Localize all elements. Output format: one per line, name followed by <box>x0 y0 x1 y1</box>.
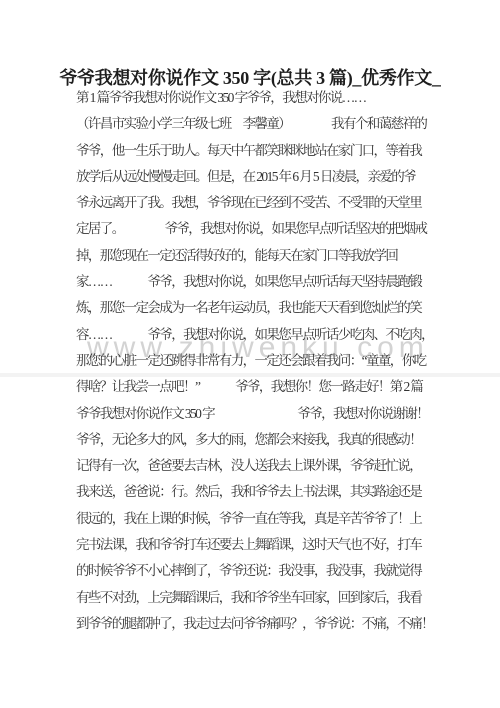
essay-title: 爷爷我想对你说作文 350 字(总共 3 篇)_优秀作文_ <box>0 64 500 90</box>
body-text-line: 掉，那您现在一定还活得好好的，能每天在家门口等我放学回 <box>76 243 428 269</box>
body-text-line: 完书法课，我和爷爷打车还要去上舞蹈课，这时天气也不好，打车 <box>76 532 428 558</box>
body-text-line: 记得有一次，爸爸要去吉林，没人送我去上课外课，爷爷赶忙说， <box>76 453 428 479</box>
body-text-line: 得啥？让我尝一点吧！” 爷爷，我想你！您一路走好！第 2 篇 <box>76 374 428 400</box>
body-text-line: 放学后从远处慢慢走回。但是，在 2015 年 6 月 5 日凌晨，亲爱的爷 <box>76 164 428 190</box>
document-page: www.zhiwenku.com 爷爷我想对你说作文 350 字(总共 3 篇)… <box>0 0 500 708</box>
essay-body: 第 1 篇爷爷我想对你说作文 350 字爷爷，我想对你说……（许昌市实验小学三年… <box>76 85 428 637</box>
body-text-line: 的时候爷爷不小心摔倒了，爷爷还说：我没事，我没事，我就觉得 <box>76 558 428 584</box>
body-text-line: 有些不对劲，上完舞蹈课后，我和爷爷坐车回家，回到家后，我看 <box>76 585 428 611</box>
body-text-line: 爷永远离开了我。我想，爷爷现在已经到不受苦、不受罪的天堂里 <box>76 190 428 216</box>
body-text-line: 炼，那您一定会成为一名老年运动员，我也能天天看到您灿烂的笑 <box>76 295 428 321</box>
body-text-line: 定居了。 爷爷，我想对你说，如果您早点听话坚决的把烟戒 <box>76 216 428 242</box>
body-text-line: 到爷爷的腿都肿了，我走过去问爷爷痛吗？，爷爷说：不痛，不痛！ <box>76 611 428 637</box>
body-text-line: 我来送，爸爸说：行。然后，我和爷爷去上书法课，其实路途还是 <box>76 479 428 505</box>
body-text-line: 爷爷我想对你说作文 350 字 爷爷，我想对你说谢谢！ <box>76 401 428 427</box>
body-text-line: 爷爷，他一生乐于助人。每天中午都笑眯眯地站在家门口，等着我 <box>76 138 428 164</box>
body-text-line: 那您的心脏一定还跳得非常有力，一定还会跟着我问：“童童，你吃 <box>76 348 428 374</box>
body-text-line: （许昌市实验小学三年级七班 李馨童） 我有个和蔼慈祥的 <box>76 111 428 137</box>
body-text-line: 很远的，我在上课的时候，爷爷一直在等我，真是辛苦爷爷了！上 <box>76 506 428 532</box>
body-text-line: 容…… 爷爷，我想对你说，如果您早点听话少吃肉、不吃肉， <box>76 322 428 348</box>
body-text-line: 家…… 爷爷，我想对你说，如果您早点听话每天坚持晨跑锻 <box>76 269 428 295</box>
body-text-line: 爷爷，无论多大的风，多大的雨，您都会来接我，我真的很感动！ <box>76 427 428 453</box>
